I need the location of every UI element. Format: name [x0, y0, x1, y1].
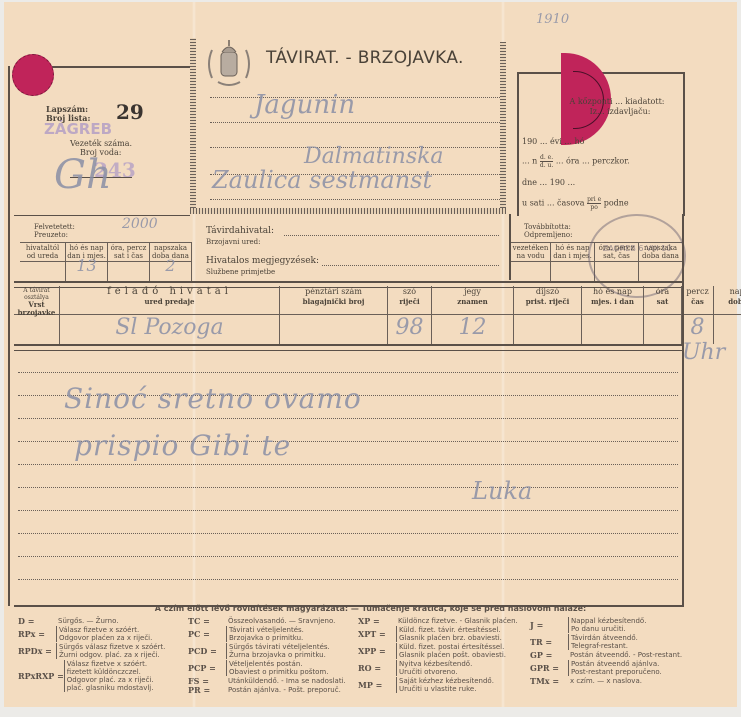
- lapszam-value: 29: [116, 100, 144, 124]
- address-street-2: Zaulica sestmanst: [212, 166, 432, 194]
- office-rule: [284, 235, 499, 236]
- legend-entry: D =Sürgős. — Žurno.: [18, 617, 188, 625]
- sat-prefix: u sati ... časova: [522, 199, 585, 208]
- legend-entry: MP =Saját kézhez kézbesítendő.Uručiti u …: [358, 677, 528, 693]
- legend-entry: PR =Postán ajánlva. - Pošt. preporuč.: [188, 686, 358, 694]
- received-table: hivataltólod uredahó és napdan i mjes.13…: [20, 242, 192, 281]
- fraction-bottom: d. u.: [540, 162, 553, 169]
- legend-heading: A czím előtt lévő rövidítések magyarázat…: [4, 605, 737, 613]
- message-line-rule: [18, 579, 678, 580]
- sluzbene-label: Službene primjetbe: [206, 268, 275, 276]
- main-table-column: jegyznamen12: [432, 286, 514, 344]
- legend-entry: RPxRXP =Válasz fizetve x szóért.fizetett…: [18, 660, 188, 692]
- fraction-top: pri e: [587, 196, 601, 204]
- brzojavni-ured-label: Brzojavni ured:: [206, 238, 261, 246]
- main-table-bottom-rule: [14, 344, 684, 351]
- legend-entry: XPP =Küld. fizet. postai értesítéssel.Gl…: [358, 643, 528, 659]
- column-cell: napszakadoba dana2: [150, 243, 192, 281]
- main-table: A távirat osztályaVrst brzojavke feladó …: [14, 286, 684, 344]
- year-note: 1910: [536, 12, 569, 27]
- message-line-rule: [18, 487, 678, 488]
- time-prefix: ... n: [522, 157, 537, 166]
- legend-entry: RO =Nyitva kézbesítendő.Uručiti otvoreno…: [358, 660, 528, 676]
- legend-entry: FS =Utánküldendő. - Ima se nadoslati.: [188, 677, 358, 685]
- fraction-top: d. e.: [540, 154, 553, 162]
- stub-handwriting: Gh: [54, 152, 112, 198]
- felvetetett-value: 2000: [122, 216, 158, 232]
- hivatalos-label: Hivatalos megjegyzések:: [206, 257, 319, 266]
- header-border-bottom: [190, 208, 506, 214]
- office-stamp: ZÁGREB: [44, 120, 112, 138]
- address-name: Jagunin: [254, 90, 355, 120]
- message-line-rule: [18, 464, 678, 465]
- main-table-column: dijszóprist. riječi: [514, 286, 582, 344]
- address-line-rule: [210, 122, 500, 123]
- header-border-left: [190, 38, 196, 214]
- header-border-right: [500, 42, 506, 214]
- main-table-column: A távirat osztályaVrst brzojavke: [14, 286, 60, 344]
- legend-entry: RPx =Válasz fizetve x szóért.Odgovor pla…: [18, 626, 188, 642]
- message-line-2: prispio Gibi te: [74, 429, 291, 462]
- legend-entry: PCD =Sürgős távirati vételjelentés.Žurna…: [188, 643, 358, 659]
- form-left-border: [8, 66, 10, 606]
- fraction-bottom: po: [587, 204, 601, 211]
- legend-entry: TMx =x czím. — x naslova.: [530, 677, 700, 685]
- legend-entry: J =Nappal kézbesítendő.Po danu uručiti.: [530, 617, 700, 633]
- form-title: TÁVIRAT. - BRZOJAVKA.: [266, 48, 464, 68]
- tovabbitotta-label: Továbbította:: [524, 223, 571, 231]
- odpremljeno-label: Odpremljeno:: [524, 231, 572, 239]
- stub-top-rule: [34, 66, 190, 68]
- legend-entry: GPR =Postán átveendő ajánlva.Post-restan…: [530, 660, 700, 676]
- legend-column-1: D =Sürgős. — Žurno.RPx =Válasz fizetve x…: [18, 617, 188, 693]
- main-table-column: szóriječi98: [388, 286, 432, 344]
- sat-fraction: pri e po: [587, 196, 601, 211]
- legend-entry: TR =Távirdán átveendő.Telegraf-restant.: [530, 634, 700, 650]
- column-cell: hivataltólod ureda: [20, 243, 66, 281]
- legend-column-2: TC =Összeolvasandó. — Sravnjeno.PC =Távi…: [188, 617, 358, 695]
- postmark-text: ZAGREB 6 VIII 10: [598, 244, 676, 253]
- column-cell: hó és napdan i mjes.13: [66, 243, 108, 281]
- message-line-rule: [18, 510, 678, 511]
- message-line-rule: [18, 533, 678, 534]
- sat-suffix: podne: [604, 199, 629, 208]
- telegram-form: 1910 TÁVIRAT. - BRZOJAVKA. Jagunin Dalma…: [4, 2, 737, 707]
- legend-entry: GP =Postán átveendő. - Post-restant.: [530, 651, 700, 659]
- issued-time-line: ... n d. e. d. u. ... óra ... perczkor.: [522, 154, 677, 169]
- preuzeto-label: Preuzeto:: [34, 231, 68, 239]
- received-top-rule: [14, 215, 190, 216]
- remarks-rule: [322, 265, 499, 266]
- felvetetett-label: Felvetetett:: [34, 223, 75, 231]
- address-line-rule: [210, 199, 500, 200]
- legend-column-4: J =Nappal kézbesítendő.Po danu uručiti.T…: [530, 617, 700, 686]
- legend-entry: PC =Távirati vételjelentés.Brzojavka o p…: [188, 626, 358, 642]
- sat-line: u sati ... časova pri e po podne: [522, 196, 682, 211]
- issued-date-line: 190 ... évi ... hó: [522, 137, 677, 146]
- legend-entry: XPT =Küld. fizet. távir. értesítéssel.Gl…: [358, 626, 528, 642]
- legend-entry: TC =Összeolvasandó. — Sravnjeno.: [188, 617, 358, 625]
- dne-line: dne ... 190 ...: [522, 178, 677, 187]
- message-line-rule: [18, 372, 678, 373]
- legend-column-3: XP =Küldöncz fizetve. - Glasnik plaćen.X…: [358, 617, 528, 694]
- message-line-rule: [18, 418, 678, 419]
- legend-entry: RPDx =Sürgős válasz fizetve x szóért.Žur…: [18, 643, 188, 659]
- time-fraction: d. e. d. u.: [540, 154, 553, 169]
- crest-icon: [204, 38, 254, 90]
- main-table-column: feladó hivatalured predajeSl Pozoga: [60, 286, 280, 344]
- time-suffix: ... óra ... perczkor.: [556, 157, 630, 166]
- column-cell: vezetékenna vodu: [511, 243, 551, 281]
- main-table-column: órasat: [644, 286, 682, 344]
- kiadatott-label: A kőzponti ... kiadatott:: [542, 97, 692, 106]
- main-table-column: perczčas8 Uhr: [682, 286, 714, 344]
- vezetek-label: Vezeték száma.: [70, 139, 132, 148]
- main-table-column: pénztári számblagajnički broj: [280, 286, 388, 344]
- message-line-rule: [18, 556, 678, 557]
- legend-entry: PCP =Vételjelentés postán.Obaviest o pri…: [188, 660, 358, 676]
- izdavljacu-label: Iz... izdavljaču:: [560, 107, 680, 116]
- signature: Luka: [472, 477, 532, 505]
- form-right-border: [682, 214, 684, 606]
- message-line-1: Sinoć sretno ovamo: [64, 382, 362, 415]
- wax-seal-left: [12, 54, 48, 90]
- tavirdahivatal-label: Távirdahivatal:: [206, 227, 274, 236]
- main-table-column: hó és napmjes. i dan: [582, 286, 644, 344]
- main-table-column: napszakadoba dana: [714, 286, 741, 344]
- column-cell: óra, perczsat i čas: [108, 243, 150, 281]
- legend-entry: XP =Küldöncz fizetve. - Glasnik plaćen.: [358, 617, 528, 625]
